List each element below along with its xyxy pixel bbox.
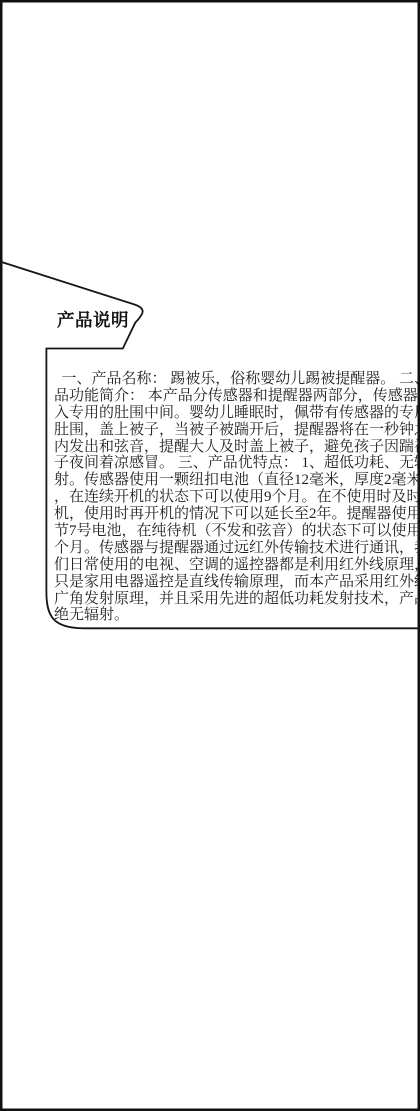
- page-title: 产品说明: [57, 310, 137, 331]
- body-line: 节7号电池，在纯待机（不发和弦音）的状态下可以使用6: [54, 523, 416, 540]
- body-line: ，在连续开机的状态下可以使用9个月。在不使用时及时关: [54, 489, 416, 506]
- body-line: 射。传感器使用一颗纽扣电池（直径12毫米，厚度2毫米）: [54, 472, 416, 489]
- body-line: 个月。传感器与提醒器通过远红外传输技术进行通讯，我: [54, 540, 416, 557]
- body-line: 机，使用时再开机的情况下可以延长至2年。提醒器使用三: [54, 506, 416, 523]
- body-line: 们日常使用的电视、空调的遥控器都是利用红外线原理，: [54, 557, 416, 574]
- body-line: 品功能简介： 本产品分传感器和提醒器两部分，传感器嵌: [54, 388, 416, 405]
- body-line: 子夜间着凉感冒。 三、产品优特点： 1、超低功耗、无辐: [54, 455, 416, 472]
- body-line: 广角发射原理，并且采用先进的超低功耗发射技术，产品: [54, 591, 416, 608]
- body-line: 只是家用电器遥控是直线传输原理，而本产品采用红外线: [54, 574, 416, 591]
- body-line: 一、产品名称： 踢被乐，俗称婴幼儿踢被提醒器。 二、产: [54, 371, 416, 388]
- product-description-page: 产品说明 一、产品名称： 踢被乐，俗称婴幼儿踢被提醒器。 二、产品功能简介： 本…: [0, 0, 420, 1111]
- body-line: 入专用的肚围中间。婴幼儿睡眠时，佩带有传感器的专用: [54, 405, 416, 422]
- body-line: 肚围，盖上被子，当被子被踹开后，提醒器将在一秒钟之: [54, 422, 416, 439]
- product-description-text: 一、产品名称： 踢被乐，俗称婴幼儿踢被提醒器。 二、产品功能简介： 本产品分传感…: [54, 371, 416, 624]
- body-line: 绝无辐射。: [54, 607, 416, 624]
- body-line: 内发出和弦音，提醒大人及时盖上被子，避免孩子因踹被: [54, 439, 416, 456]
